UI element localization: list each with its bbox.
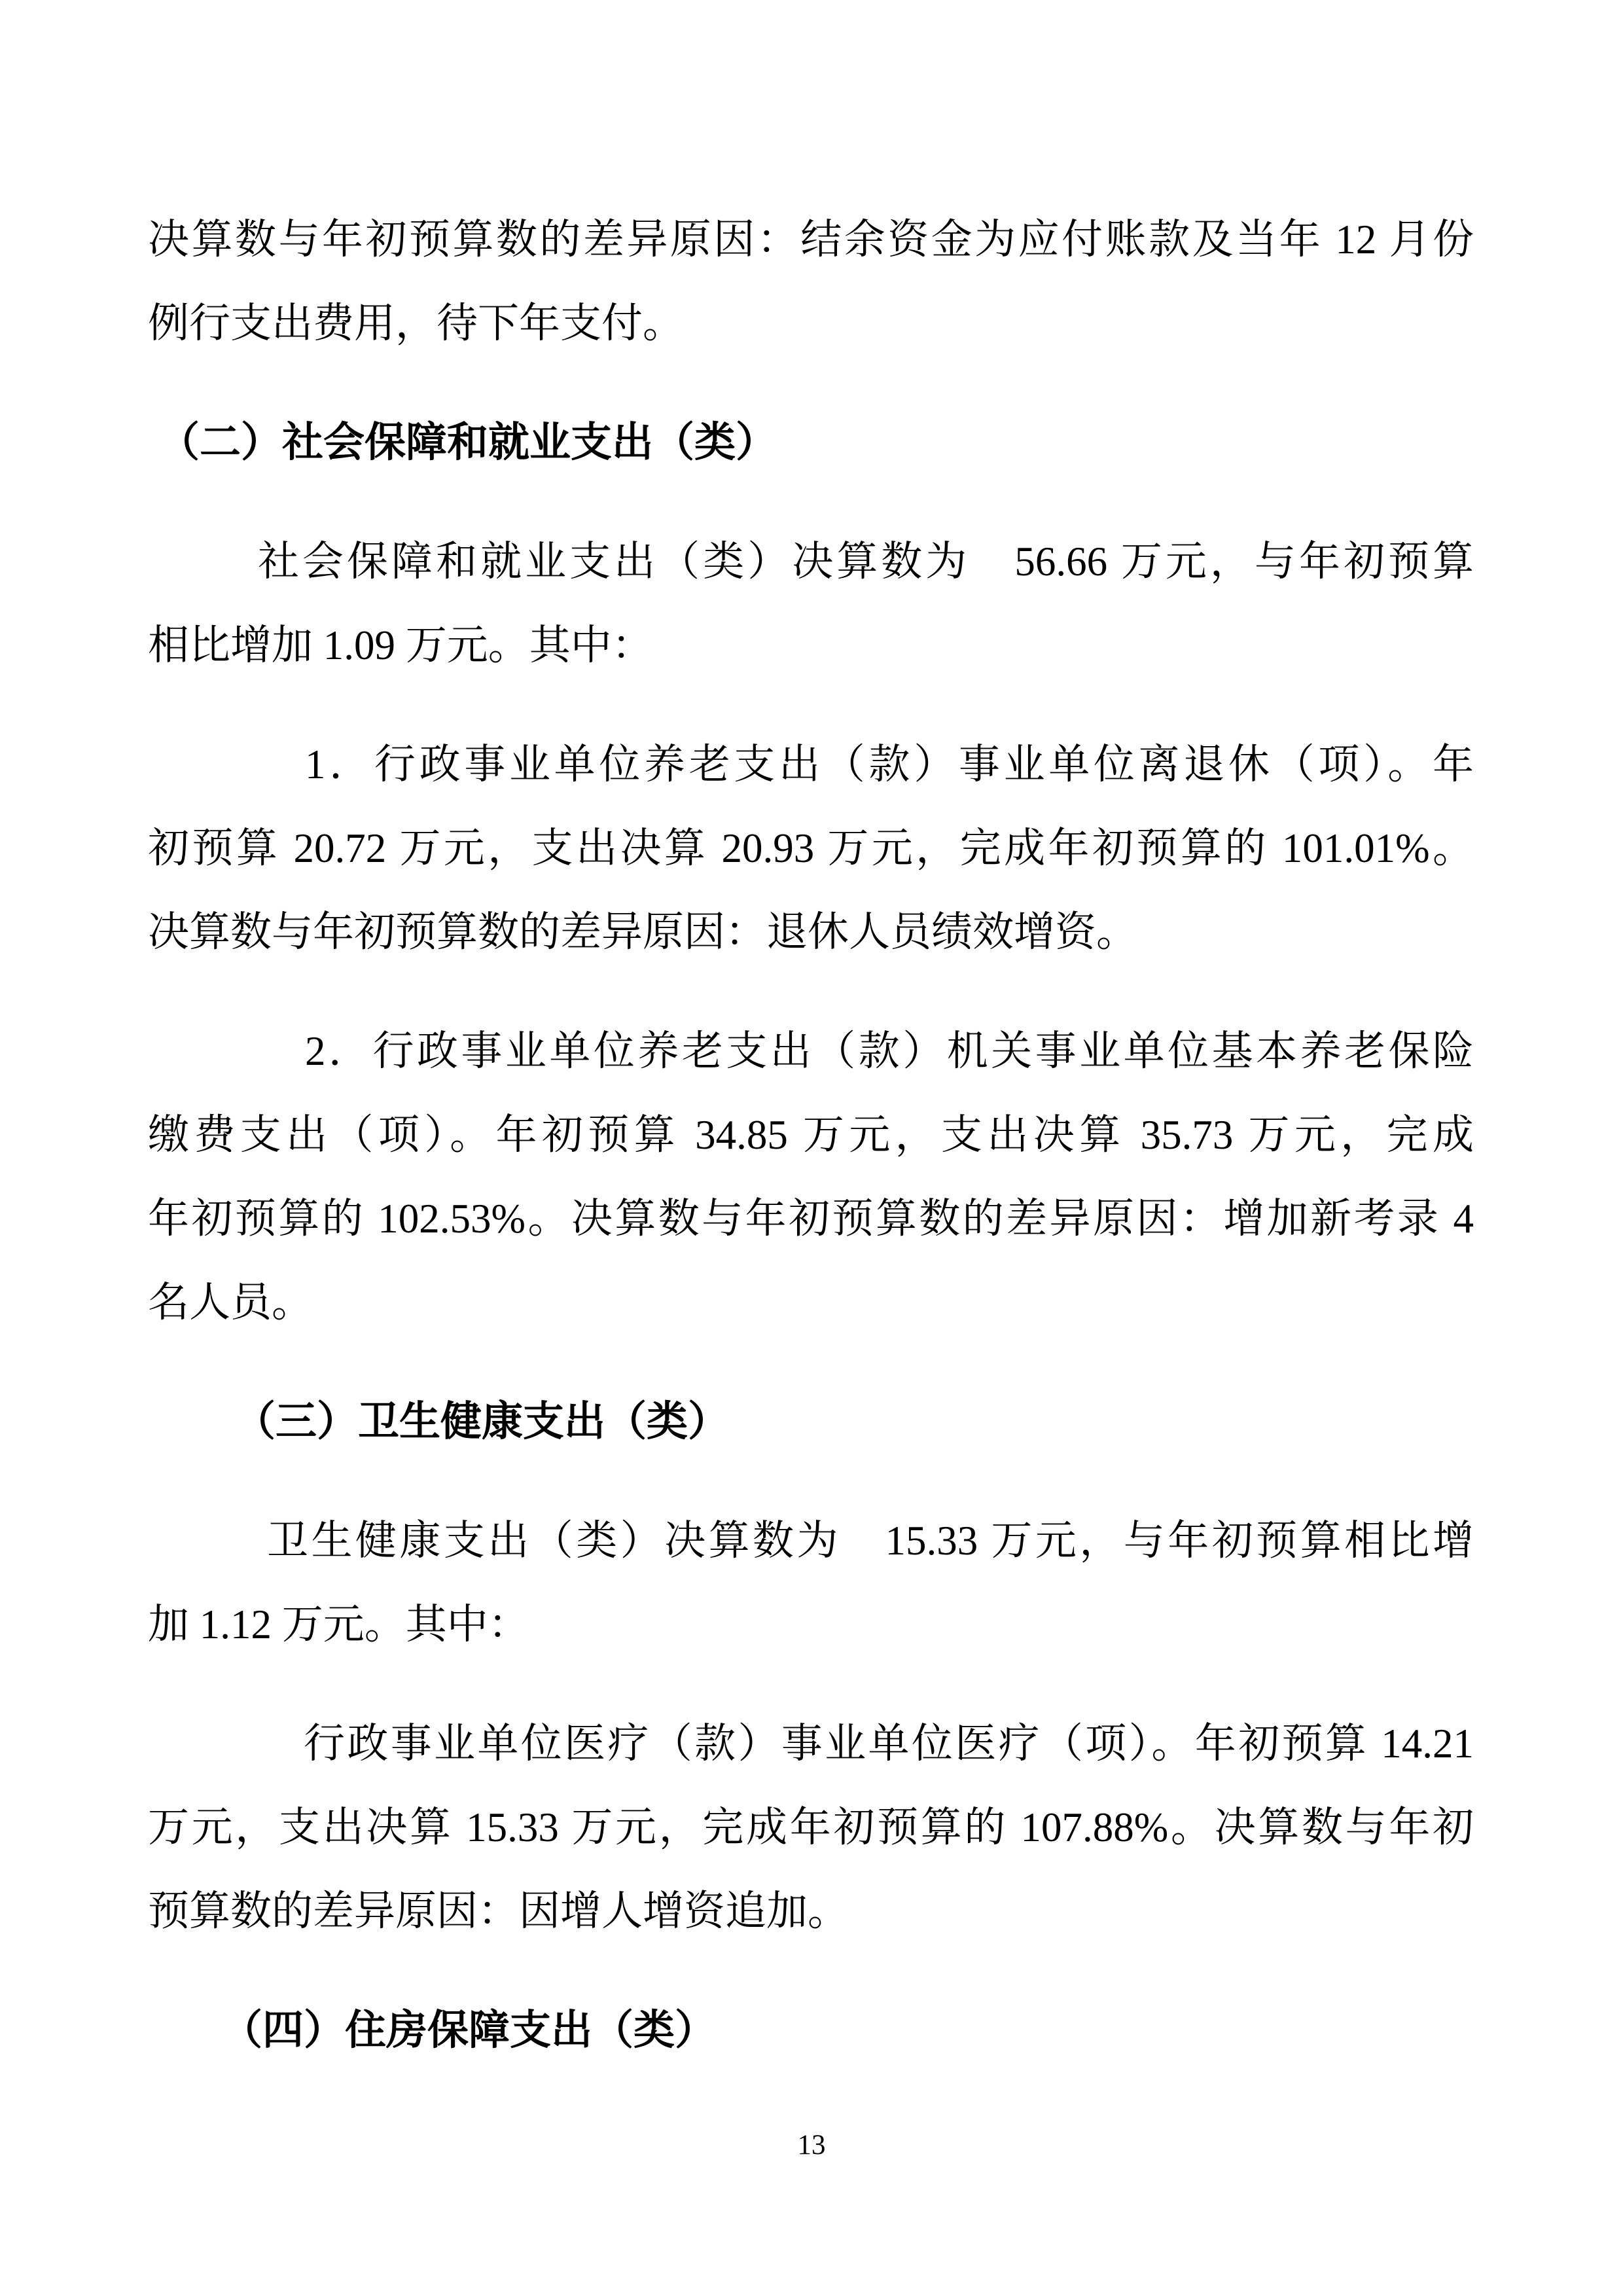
text-line: 初预算 20.72 万元，支出决算 20.93 万元，完成年初预算的 101.0… [148,806,1474,890]
text-line: 2．行政事业单位养老支出（款）机关事业单位基本养老保险 [148,1009,1474,1093]
text-line: 决算数与年初预算数的差异原因：结余资金为应付账款及当年 12 月份 [148,198,1474,281]
paragraph-medical-detail: 行政事业单位医疗（款）事业单位医疗（项）。年初预算 14.21 万元，支出决算 … [148,1702,1474,1953]
text-line: 缴费支出（项）。年初预算 34.85 万元，支出决算 35.73 万元，完成 [148,1093,1474,1177]
paragraph-carryover: 决算数与年初预算数的差异原因：结余资金为应付账款及当年 12 月份 例行支出费用… [148,198,1474,365]
text-line: 行政事业单位医疗（款）事业单位医疗（项）。年初预算 14.21 [148,1702,1474,1785]
section-heading-housing: （四）住房保障支出（类） [148,1988,1474,2072]
text-line: 年初预算的 102.53%。决算数与年初预算数的差异原因：增加新考录 4 [148,1177,1474,1261]
text-line: 加 1.12 万元。其中： [148,1583,1474,1666]
paragraph-social-security-summary: 社会保障和就业支出（类）决算数为 56.66 万元，与年初预算 相比增加 1.0… [148,520,1474,687]
paragraph-item-1-retirement: 1．行政事业单位养老支出（款）事业单位离退休（项）。年 初预算 20.72 万元… [148,723,1474,974]
section-heading-health: （三）卫生健康支出（类） [148,1380,1474,1463]
text-line: 决算数与年初预算数的差异原因：退休人员绩效增资。 [148,890,1474,974]
document-body: 决算数与年初预算数的差异原因：结余资金为应付账款及当年 12 月份 例行支出费用… [0,0,1623,2072]
text-line: 1．行政事业单位养老支出（款）事业单位离退休（项）。年 [148,723,1474,806]
text-line: 预算数的差异原因：因增人增资追加。 [148,1869,1474,1953]
text-line: 名人员。 [148,1261,1474,1344]
text-line: 万元，支出决算 15.33 万元，完成年初预算的 107.88%。决算数与年初 [148,1785,1474,1869]
text-line: 社会保障和就业支出（类）决算数为 56.66 万元，与年初预算 [148,520,1474,603]
paragraph-item-2-pension-insurance: 2．行政事业单位养老支出（款）机关事业单位基本养老保险 缴费支出（项）。年初预算… [148,1009,1474,1344]
text-line: 例行支出费用，待下年支付。 [148,281,1474,365]
text-line: 相比增加 1.09 万元。其中： [148,603,1474,687]
section-heading-social-security: （二）社会保障和就业支出（类） [148,401,1474,484]
text-line: 卫生健康支出（类）决算数为 15.33 万元，与年初预算相比增 [148,1499,1474,1583]
document-page: 决算数与年初预算数的差异原因：结余资金为应付账款及当年 12 月份 例行支出费用… [0,0,1623,2296]
page-number: 13 [0,2128,1623,2162]
paragraph-health-summary: 卫生健康支出（类）决算数为 15.33 万元，与年初预算相比增 加 1.12 万… [148,1499,1474,1666]
